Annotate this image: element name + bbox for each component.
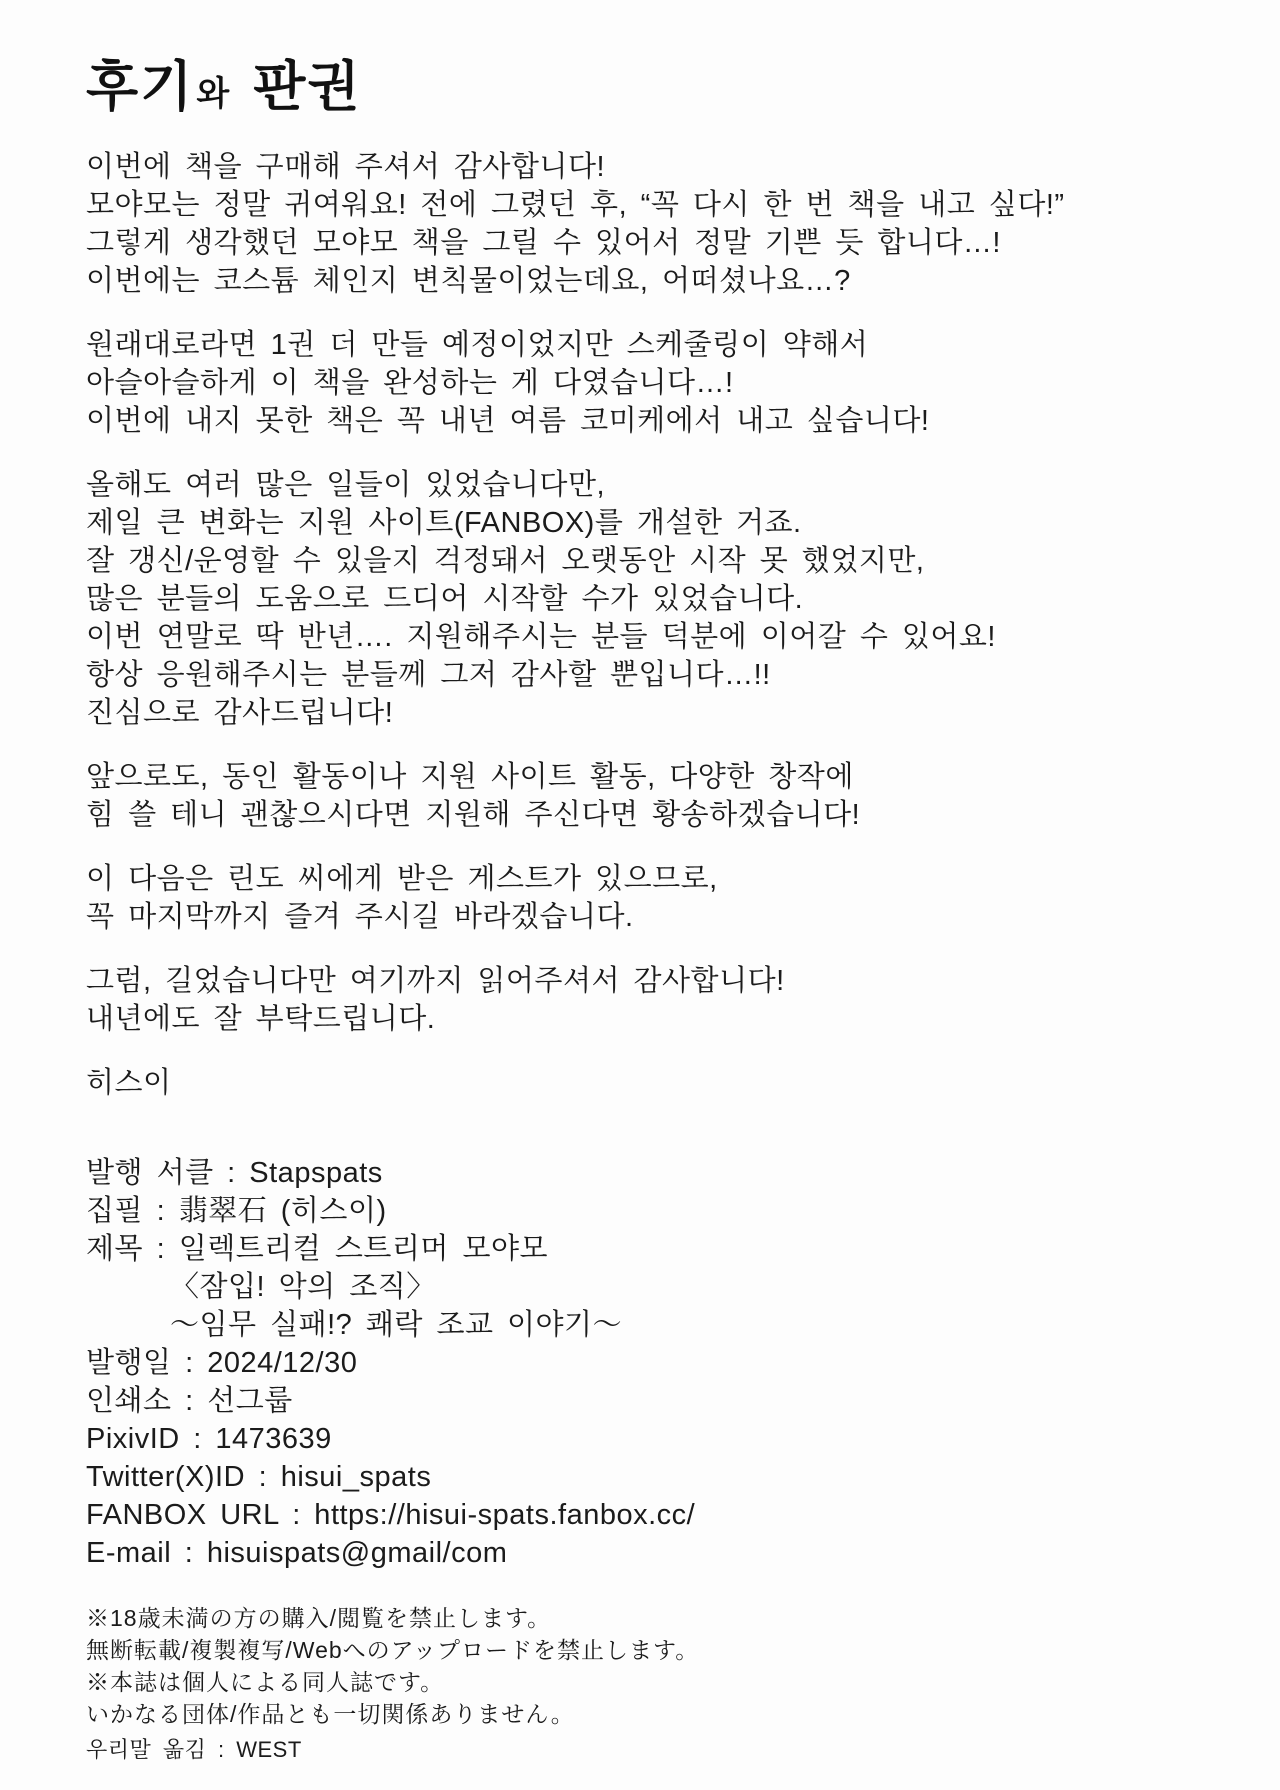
text-line: 모야모는 정말 귀여워요! 전에 그렸던 후, “꼭 다시 한 번 책을 내고 …	[86, 186, 1240, 224]
text-line: 항상 응원해주시는 분들께 그저 감사할 뿐입니다…!!	[86, 656, 1240, 694]
text-line: E-mail : hisuispats@gmail/com	[86, 1534, 1240, 1572]
paragraph: 앞으로도, 동인 활동이나 지원 사이트 활동, 다양한 창작에힘 쓸 테니 괜…	[86, 758, 1240, 834]
text-line: 〈잠입! 악의 조직〉	[86, 1268, 1240, 1306]
text-line: 발행일 : 2024/12/30	[86, 1344, 1240, 1382]
text-line: 내년에도 잘 부탁드립니다.	[86, 1000, 1240, 1038]
paragraph: 이번에 책을 구매해 주셔서 감사합니다!모야모는 정말 귀여워요! 전에 그렸…	[86, 148, 1240, 300]
text-line: 많은 분들의 도움으로 드디어 시작할 수가 있었습니다.	[86, 580, 1240, 618]
title-particle: 와	[196, 78, 231, 112]
paragraph: 원래대로라면 1권 더 만들 예정이었지만 스케줄링이 약해서아슬아슬하게 이 …	[86, 326, 1240, 440]
translator-credit: 우리말 옮김 : WEST	[86, 1734, 1240, 1766]
title-word-colophon: 판권	[253, 60, 361, 114]
text-line: 진심으로 감사드립니다!	[86, 694, 1240, 732]
colophon-block: 발행 서클 : Stapspats집필 : 翡翠石 (히스이)제목 : 일렉트리…	[86, 1154, 1240, 1572]
text-line: 발행 서클 : Stapspats	[86, 1154, 1240, 1192]
text-line: ※本誌は個人による同人誌です。	[86, 1666, 1240, 1698]
text-line: ※18歳未満の方の購入/閲覧を禁止します。	[86, 1602, 1240, 1634]
text-line: 이번에는 코스튬 체인지 변칙물이었는데요, 어떠셨나요…?	[86, 262, 1240, 300]
text-line: 제일 큰 변화는 지원 사이트(FANBOX)를 개설한 거죠.	[86, 504, 1240, 542]
text-line: 힘 쓸 테니 괜찮으시다면 지원해 주신다면 황송하겠습니다!	[86, 796, 1240, 834]
text-line: Twitter(X)ID : hisui_spats	[86, 1458, 1240, 1496]
text-line: 아슬아슬하게 이 책을 완성하는 게 다였습니다…!	[86, 364, 1240, 402]
text-line: 꼭 마지막까지 즐겨 주시길 바라겠습니다.	[86, 898, 1240, 936]
paragraph: 올해도 여러 많은 일들이 있었습니다만,제일 큰 변화는 지원 사이트(FAN…	[86, 466, 1240, 732]
text-line: 그럼, 길었습니다만 여기까지 읽어주셔서 감사합니다!	[86, 962, 1240, 1000]
text-line: 잘 갱신/운영할 수 있을지 걱정돼서 오랫동안 시작 못 했었지만,	[86, 542, 1240, 580]
text-line: 올해도 여러 많은 일들이 있었습니다만,	[86, 466, 1240, 504]
text-line: 〜임무 실패!? 쾌락 조교 이야기〜	[86, 1306, 1240, 1344]
page-content: 후기와판권 이번에 책을 구매해 주셔서 감사합니다!모야모는 정말 귀여워요!…	[86, 60, 1240, 1766]
text-line: 이번에 책을 구매해 주셔서 감사합니다!	[86, 148, 1240, 186]
text-line: 인쇄소 : 선그룹	[86, 1382, 1240, 1420]
paragraph: 이 다음은 린도 씨에게 받은 게스트가 있으므로,꼭 마지막까지 즐겨 주시길…	[86, 860, 1240, 936]
text-line: 이번에 내지 못한 책은 꼭 내년 여름 코미케에서 내고 싶습니다!	[86, 402, 1240, 440]
paragraph: 그럼, 길었습니다만 여기까지 읽어주셔서 감사합니다!내년에도 잘 부탁드립니…	[86, 962, 1240, 1038]
author-signature: 히스이	[86, 1064, 1240, 1102]
text-line: 집필 : 翡翠石 (히스이)	[86, 1192, 1240, 1230]
title-word-afterword: 후기	[86, 60, 194, 114]
text-line: 제목 : 일렉트리컬 스트리머 모야모	[86, 1230, 1240, 1268]
text-line: 그렇게 생각했던 모야모 책을 그릴 수 있어서 정말 기쁜 듯 합니다…!	[86, 224, 1240, 262]
afterword-body: 이번에 책을 구매해 주셔서 감사합니다!모야모는 정말 귀여워요! 전에 그렸…	[86, 148, 1240, 1038]
text-line: PixivID : 1473639	[86, 1420, 1240, 1458]
text-line: いかなる団体/作品とも一切関係ありません。	[86, 1698, 1240, 1730]
legal-notices: ※18歳未満の方の購入/閲覧を禁止します。無断転載/複製複写/Webへのアップロ…	[86, 1602, 1240, 1730]
text-line: FANBOX URL : https://hisui-spats.fanbox.…	[86, 1496, 1240, 1534]
text-line: 앞으로도, 동인 활동이나 지원 사이트 활동, 다양한 창작에	[86, 758, 1240, 796]
text-line: 원래대로라면 1권 더 만들 예정이었지만 스케줄링이 약해서	[86, 326, 1240, 364]
text-line: 이번 연말로 딱 반년…. 지원해주시는 분들 덕분에 이어갈 수 있어요!	[86, 618, 1240, 656]
text-line: 無断転載/複製複写/Webへのアップロードを禁止します。	[86, 1634, 1240, 1666]
afterword-colophon-page: 후기와판권 이번에 책을 구매해 주셔서 감사합니다!모야모는 정말 귀여워요!…	[0, 0, 1280, 1790]
text-line: 이 다음은 린도 씨에게 받은 게스트가 있으므로,	[86, 860, 1240, 898]
page-title: 후기와판권	[86, 60, 1240, 114]
